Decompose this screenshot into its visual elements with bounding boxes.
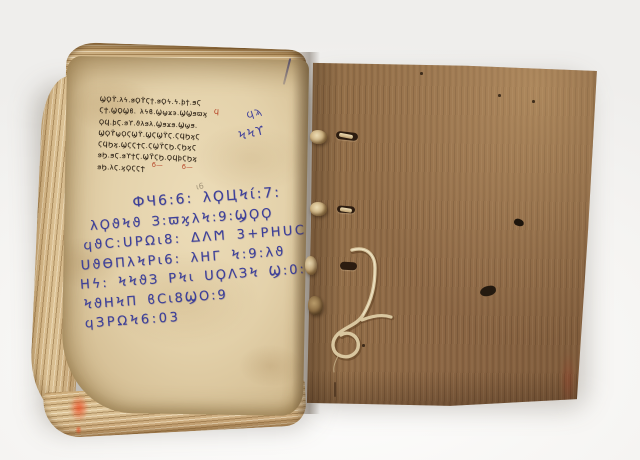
photo-of-manuscript-and-wooden-cover: ϢϘϔ.λϟ.ϧϘϔϚϯ.ϧϘϟ.ϟ.ϸϯ.ϧϚ ϚϮ.ϢϘϢϐ. λϟϐ.Ϣϣ… xyxy=(0,0,640,460)
sewing-knot xyxy=(310,130,327,144)
wood-speck xyxy=(532,100,535,103)
wooden-back-cover xyxy=(300,42,602,414)
sewing-knot xyxy=(310,202,327,216)
sewing-slot xyxy=(337,205,355,213)
ink-blot xyxy=(513,218,525,228)
wood-grain-crack xyxy=(334,382,336,397)
wood-speck xyxy=(420,72,423,75)
sewing-knot xyxy=(305,256,317,275)
ink-blot xyxy=(479,285,496,297)
sewing-knot xyxy=(308,296,323,315)
blue-pen-inscription-block: ФЧ6:6: λϘЦϞί:7: λϘϑϞϑ З:ϖϗλϞ:9:ϢϘϘ ϥϑϹ:U… xyxy=(74,182,317,334)
black-ink-text-block: ϢϘϔ.λϟ.ϧϘϔϚϯ.ϧϘϟ.ϟ.ϸϯ.ϧϚ ϚϮ.ϢϘϢϐ. λϟϐ.Ϣϣ… xyxy=(97,94,242,178)
red-pigment-stain-corner xyxy=(66,390,92,426)
rubrication-mark: Ϥ xyxy=(214,108,219,116)
cord-through-slot xyxy=(339,133,353,139)
red-pigment-drip xyxy=(74,424,83,436)
sewing-slot xyxy=(340,262,357,271)
rubrication-mark: ϭ— xyxy=(182,163,193,171)
cord-through-slot xyxy=(339,207,351,212)
wood-speck xyxy=(498,94,501,97)
wood-speck xyxy=(362,344,365,347)
sewing-slot xyxy=(336,131,359,141)
rubrication-mark: ϭ— xyxy=(152,161,163,169)
